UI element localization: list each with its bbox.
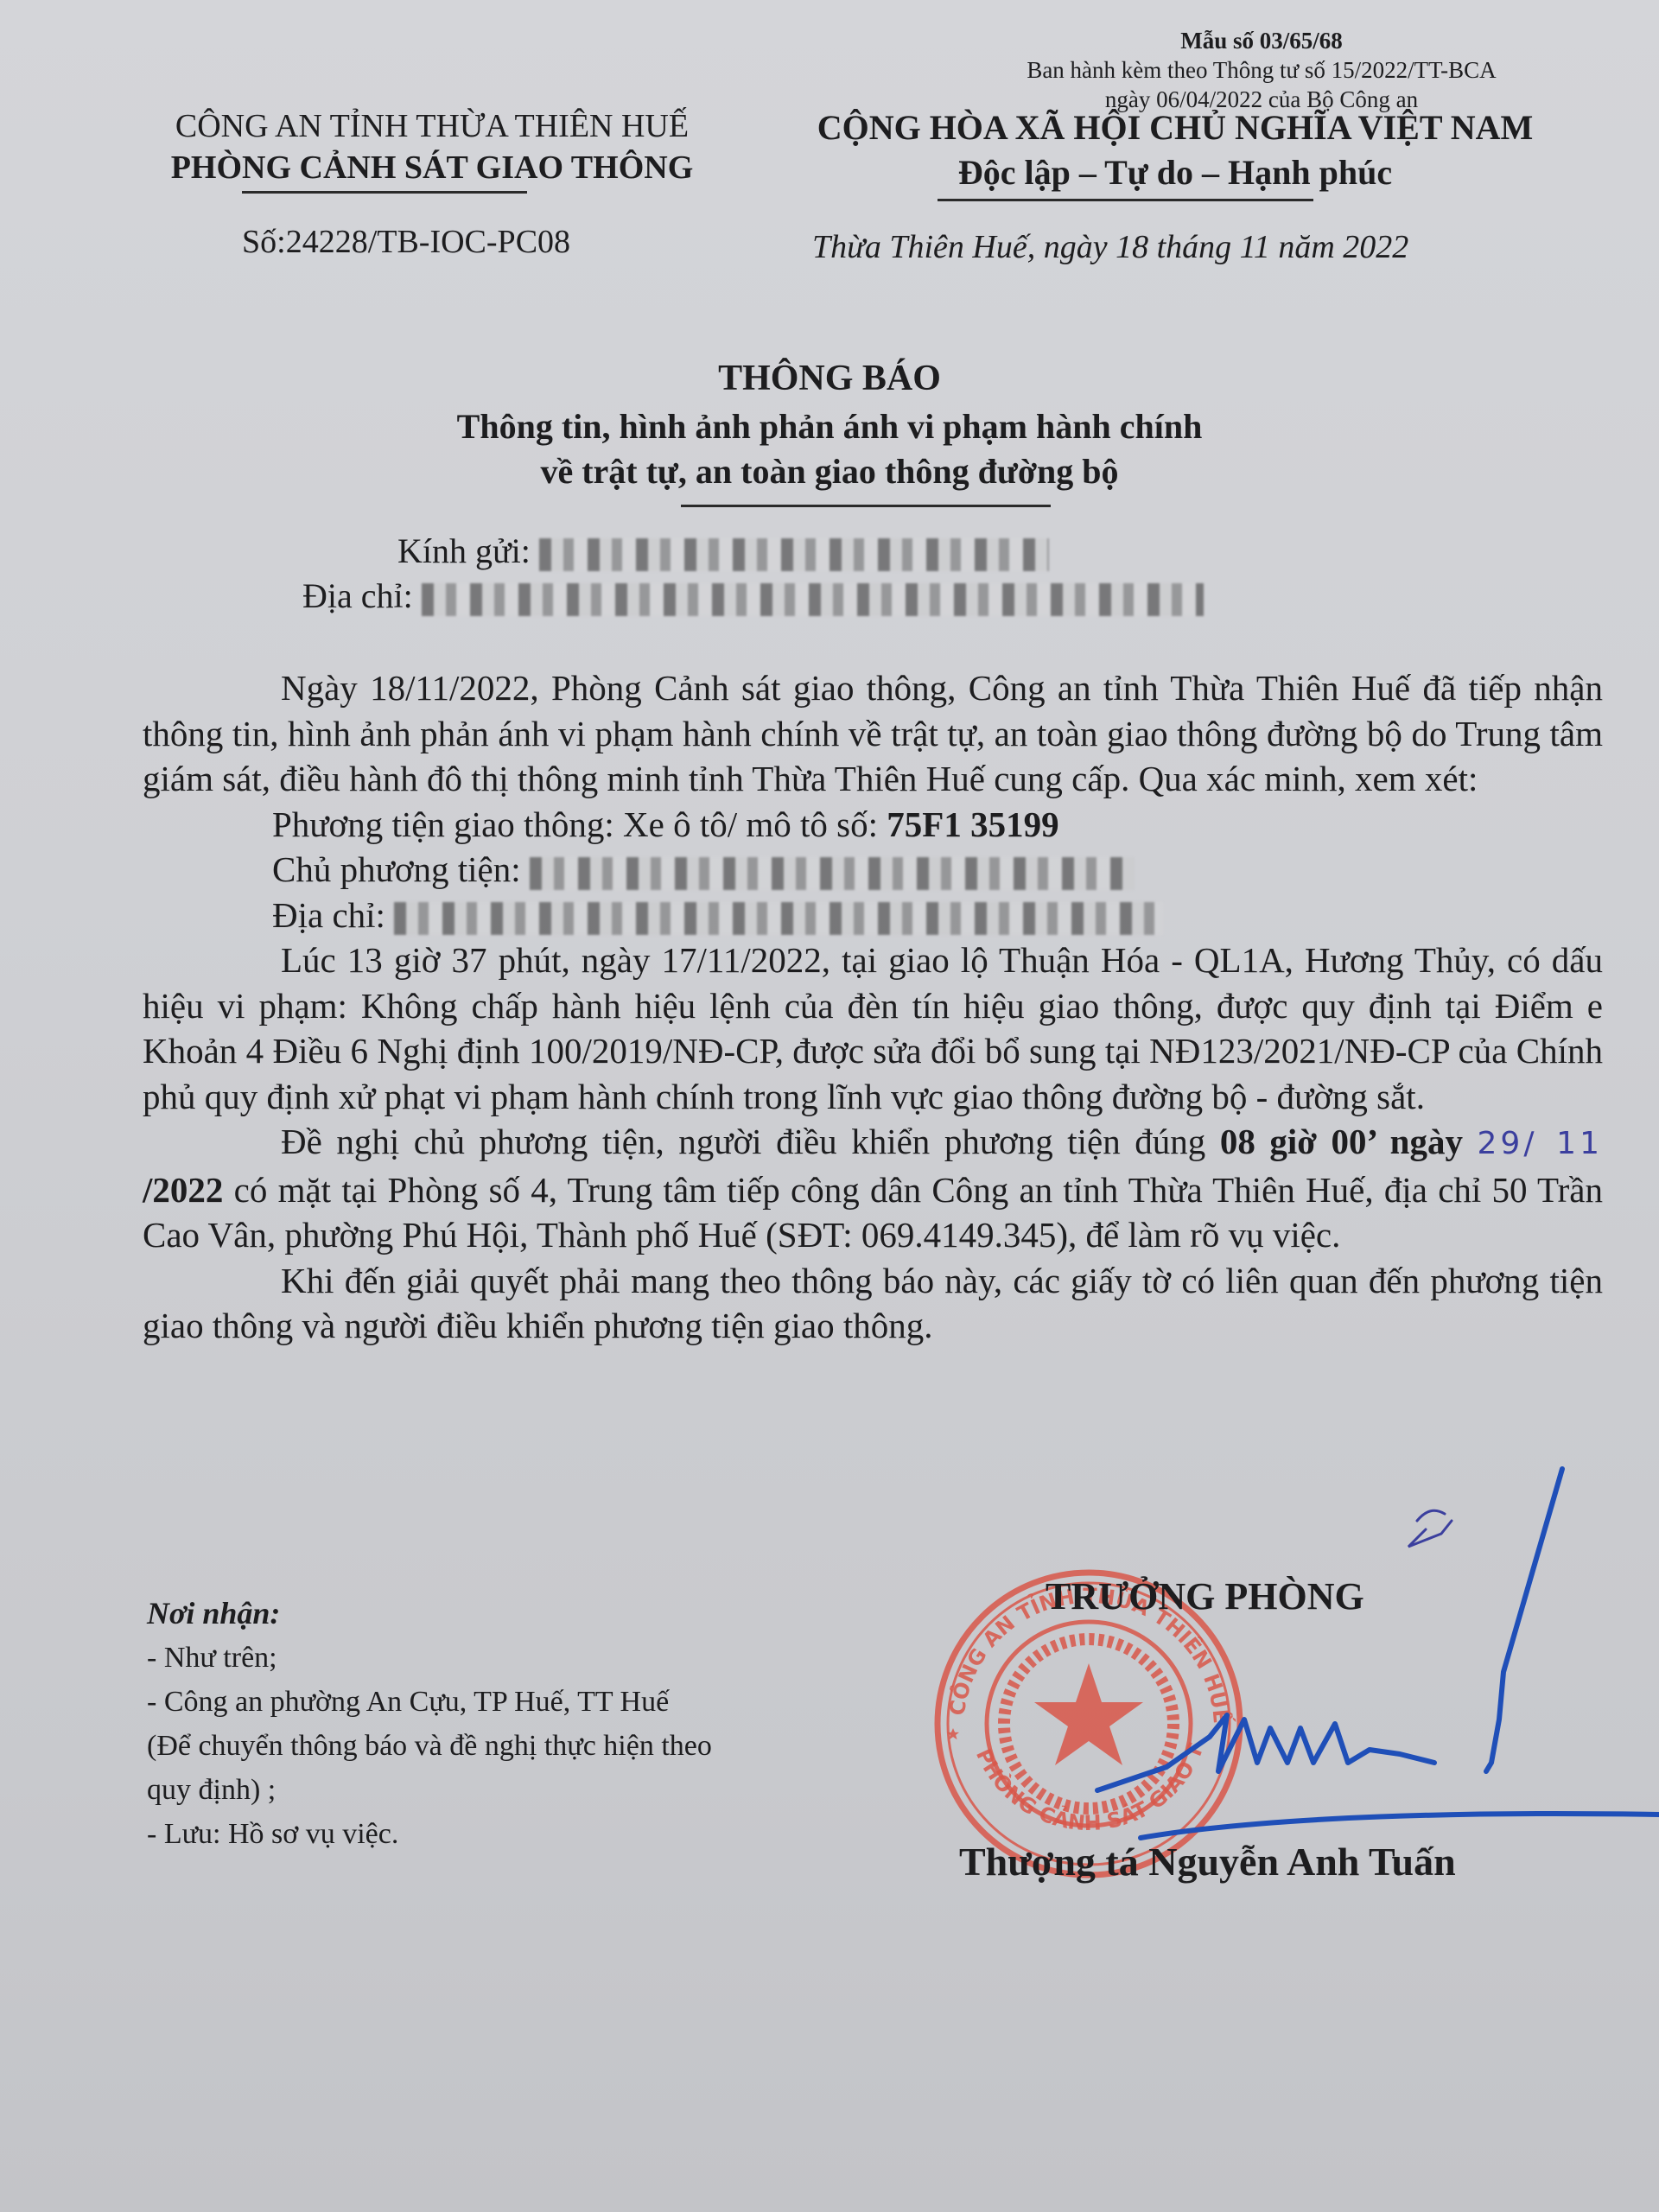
country-name: CỘNG HÒA XÃ HỘI CHỦ NGHĨA VIỆT NAM <box>743 105 1607 150</box>
title-heading: THÔNG BÁO <box>259 356 1400 401</box>
recipient-block: Kính gửi: Địa chỉ: <box>397 529 1204 619</box>
distribution-item: - Công an phường An Cựu, TP Huế, TT Huế <box>147 1680 873 1724</box>
motto-underline <box>938 199 1313 201</box>
form-number: Mẫu số 03/65/68 <box>950 26 1573 55</box>
to-label: Kính gửi: <box>397 531 531 570</box>
form-issued-with: Ban hành kèm theo Thông tư số 15/2022/TT… <box>950 55 1573 85</box>
title-line-1: Thông tin, hình ảnh phản ánh vi phạm hàn… <box>259 404 1400 449</box>
agency-header: CÔNG AN TỈNH THỪA THIÊN HUẾ PHÒNG CẢNH S… <box>104 105 760 188</box>
owner-line: Chủ phương tiện: <box>143 847 1603 893</box>
owner-address-label: Địa chỉ: <box>272 895 385 935</box>
vehicle-line: Phương tiện giao thông: Xe ô tô/ mô tô s… <box>143 802 1603 848</box>
national-header: CỘNG HÒA XÃ HỘI CHỦ NGHĨA VIỆT NAM Độc l… <box>743 105 1607 195</box>
agency-underline <box>242 191 527 194</box>
agency-department: PHÒNG CẢNH SÁT GIAO THÔNG <box>104 147 760 188</box>
redacted-owner-name <box>530 857 1135 890</box>
document-number: Số:24228/TB-IOC-PC08 <box>242 223 570 261</box>
request-prefix: Đề nghị chủ phương tiện, người điều khiể… <box>281 1122 1220 1161</box>
notice-body: Ngày 18/11/2022, Phòng Cảnh sát giao thô… <box>143 665 1603 1349</box>
request-paragraph: Đề nghị chủ phương tiện, người điều khiể… <box>143 1119 1603 1258</box>
distribution-item: quy định) ; <box>147 1768 873 1812</box>
violation-paragraph: Lúc 13 giờ 37 phút, ngày 17/11/2022, tại… <box>143 938 1603 1119</box>
request-time: 08 giờ 00’ ngày <box>1220 1122 1463 1161</box>
signer-position: TRƯỞNG PHÒNG <box>1046 1574 1364 1618</box>
closing-paragraph: Khi đến giải quyết phải mang theo thông … <box>143 1258 1603 1349</box>
intro-paragraph: Ngày 18/11/2022, Phòng Cảnh sát giao thô… <box>143 665 1603 802</box>
distribution-heading: Nơi nhận: <box>147 1592 873 1636</box>
document-title: THÔNG BÁO Thông tin, hình ảnh phản ánh v… <box>259 356 1400 494</box>
request-suffix: có mặt tại Phòng số 4, Trung tâm tiếp cô… <box>143 1170 1603 1255</box>
redacted-recipient-address <box>422 583 1204 616</box>
agency-parent: CÔNG AN TỈNH THỪA THIÊN HUẾ <box>104 105 760 147</box>
distribution-item: - Như trên; <box>147 1636 873 1680</box>
address-label: Địa chỉ: <box>302 576 413 615</box>
national-motto: Độc lập – Tự do – Hạnh phúc <box>743 150 1607 195</box>
form-reference: Mẫu số 03/65/68 Ban hành kèm theo Thông … <box>950 26 1573 114</box>
place-date: Thừa Thiên Huế, ngày 18 tháng 11 năm 202… <box>812 228 1408 266</box>
redacted-recipient-name <box>539 538 1049 571</box>
handwritten-date: 29/ 11 <box>1478 1126 1603 1161</box>
title-underline <box>681 505 1051 507</box>
title-line-2: về trật tự, an toàn giao thông đường bộ <box>259 449 1400 494</box>
request-year: /2022 <box>143 1170 223 1210</box>
signer-name: Thượng tá Nguyễn Anh Tuấn <box>959 1839 1456 1885</box>
vehicle-plate: 75F1 35199 <box>887 804 1058 844</box>
distribution-item: (Để chuyển thông báo và đề nghị thực hiệ… <box>147 1724 873 1768</box>
distribution-list: Nơi nhận: - Như trên; - Công an phường A… <box>147 1592 873 1856</box>
owner-address-line: Địa chỉ: <box>143 893 1603 938</box>
distribution-item: - Lưu: Hồ sơ vụ việc. <box>147 1812 873 1856</box>
redacted-owner-address <box>394 902 1163 935</box>
vehicle-label: Phương tiện giao thông: Xe ô tô/ mô tô s… <box>272 804 878 844</box>
owner-label: Chủ phương tiện: <box>272 849 521 889</box>
